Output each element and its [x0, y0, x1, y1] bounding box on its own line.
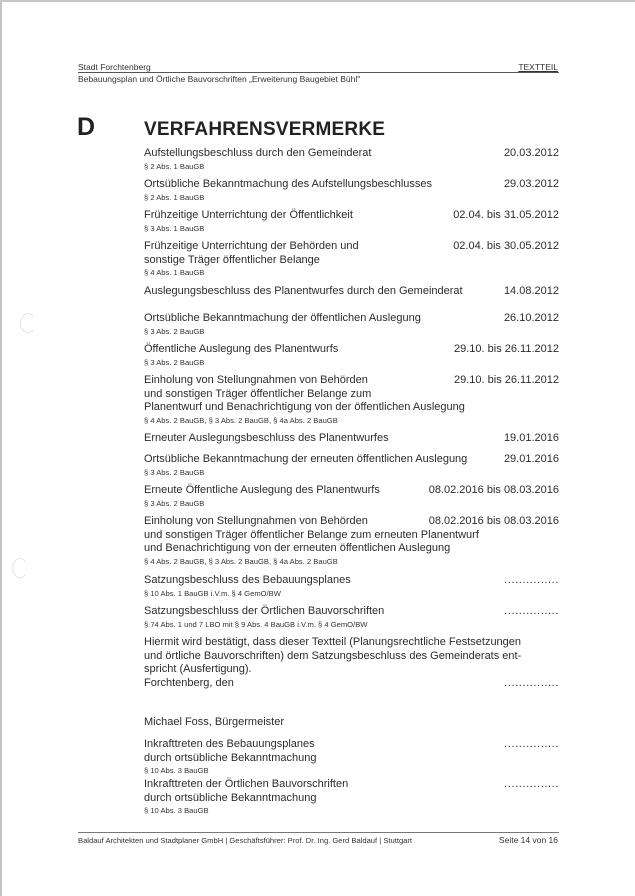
procedure-entry: Einholung von Stellungnahmen von Behörde… — [144, 374, 559, 426]
entry-date: 14.08.2012 — [504, 285, 559, 299]
entry-text: Ortsübliche Bekanntmachung der öffentlic… — [144, 312, 559, 326]
footer-rule — [78, 832, 559, 833]
entry-legal-reference: § 3 Abs. 2 BauGB — [144, 358, 559, 368]
procedure-entry: Ortsübliche Bekanntmachung der erneuten … — [144, 453, 559, 478]
entry-date: 29.10. bis 26.11.2012 — [454, 343, 559, 357]
entry-legal-reference: § 10 Abs. 1 BauGB i.V.m. § 4 GemO/BW — [144, 589, 559, 599]
entry-legal-reference: § 4 Abs. 1 BauGB — [144, 268, 559, 278]
procedure-entry: Satzungsbeschluss des Bebauungsplanes§ 1… — [144, 574, 559, 599]
entry-text: Forchtenberg, den — [144, 677, 559, 691]
entry-legal-reference: § 10 Abs. 3 BauGB — [144, 806, 559, 816]
section-letter: D — [77, 113, 95, 142]
entry-date: 29.01.2016 — [504, 453, 559, 467]
procedure-entry: Erneuter Auslegungsbeschluss des Planent… — [144, 432, 559, 446]
page-left-edge — [0, 0, 2, 896]
entry-text: Hiermit wird bestätigt, dass dieser Text… — [144, 636, 559, 677]
entry-date: 08.02.2016 bis 08.03.2016 — [429, 515, 559, 529]
header-city: Stadt Forchtenberg — [78, 62, 151, 72]
section-title: VERFAHRENSVERMERKE — [144, 119, 385, 141]
entry-date: 02.04. bis 30.05.2012 — [453, 240, 559, 254]
entry-date: 29.10. bis 26.11.2012 — [454, 374, 559, 388]
entry-legal-reference: § 3 Abs. 2 BauGB — [144, 327, 559, 337]
entry-date: 02.04. bis 31.05.2012 — [453, 209, 559, 223]
entry-legal-reference: § 2 Abs. 1 BauGB — [144, 193, 559, 203]
entry-legal-reference: § 10 Abs. 3 BauGB — [144, 766, 559, 776]
entry-legal-reference: § 4 Abs. 2 BauGB, § 3 Abs. 2 BauGB, § 4a… — [144, 557, 559, 567]
procedure-entry: Öffentliche Auslegung des Planentwurfs§ … — [144, 343, 559, 368]
entry-text: Inkrafttreten der Örtlichen Bauvorschrif… — [144, 778, 559, 805]
procedure-entry: Erneute Öffentliche Auslegung des Planen… — [144, 484, 559, 509]
entry-text: Inkrafttreten des Bebauungsplanes durch … — [144, 738, 559, 765]
entry-text: Ortsübliche Bekanntmachung der erneuten … — [144, 453, 559, 467]
entry-text: Satzungsbeschluss der Örtlichen Bauvorsc… — [144, 605, 559, 619]
header-section-label: TEXTTEIL — [518, 62, 558, 72]
page-top-edge — [0, 0, 635, 2]
procedure-entry: Michael Foss, Bürgermeister — [144, 716, 559, 730]
procedure-entry: Hiermit wird bestätigt, dass dieser Text… — [144, 636, 559, 677]
procedure-entry: Auslegungsbeschluss des Planentwurfes du… — [144, 285, 559, 299]
footer-company: Baldauf Architekten und Stadtplaner GmbH… — [78, 836, 412, 845]
entry-legal-reference: § 3 Abs. 1 BauGB — [144, 224, 559, 234]
entry-text: Satzungsbeschluss des Bebauungsplanes — [144, 574, 559, 588]
entry-text: Erneuter Auslegungsbeschluss des Planent… — [144, 432, 559, 446]
entry-date-placeholder: ............... — [504, 738, 559, 752]
entry-date: 29.03.2012 — [504, 178, 559, 192]
procedure-entry: Inkrafttreten des Bebauungsplanes durch … — [144, 738, 559, 776]
entry-legal-reference: § 2 Abs. 1 BauGB — [144, 162, 559, 172]
entry-text: Aufstellungsbeschluss durch den Gemeinde… — [144, 147, 559, 161]
entry-date: 20.03.2012 — [504, 147, 559, 161]
procedure-entry: Einholung von Stellungnahmen von Behörde… — [144, 515, 559, 567]
procedure-entry: Aufstellungsbeschluss durch den Gemeinde… — [144, 147, 559, 172]
header-rule — [78, 72, 559, 73]
entry-legal-reference: § 3 Abs. 2 BauGB — [144, 468, 559, 478]
entry-date-placeholder: ............... — [504, 574, 559, 588]
entry-text: Michael Foss, Bürgermeister — [144, 716, 559, 730]
entry-legal-reference: § 74 Abs. 1 und 7 LBO mit § 9 Abs. 4 Bau… — [144, 620, 559, 630]
footer-page-number: Seite 14 von 16 — [499, 835, 558, 845]
procedure-entry: Ortsübliche Bekanntmachung des Aufstellu… — [144, 178, 559, 203]
punch-hole-mark — [20, 313, 36, 333]
procedure-entry: Ortsübliche Bekanntmachung der öffentlic… — [144, 312, 559, 337]
entry-date: 26.10.2012 — [504, 312, 559, 326]
entry-date: 19.01.2016 — [504, 432, 559, 446]
entry-legal-reference: § 4 Abs. 2 BauGB, § 3 Abs. 2 BauGB, § 4a… — [144, 416, 559, 426]
entry-date-placeholder: ............... — [504, 605, 559, 619]
procedure-entry: Frühzeitige Unterrichtung der Behörden u… — [144, 240, 559, 278]
procedure-entry: Frühzeitige Unterrichtung der Öffentlich… — [144, 209, 559, 234]
entry-date-placeholder: ............... — [504, 778, 559, 792]
entry-date: 08.02.2016 bis 08.03.2016 — [429, 484, 559, 498]
punch-hole-mark — [12, 558, 28, 578]
procedure-entry: Inkrafttreten der Örtlichen Bauvorschrif… — [144, 778, 559, 816]
entry-date-placeholder: ............... — [504, 677, 559, 691]
entry-text: Ortsübliche Bekanntmachung des Aufstellu… — [144, 178, 559, 192]
header-subtitle: Bebauungsplan und Örtliche Bauvorschrift… — [78, 74, 360, 84]
entry-legal-reference: § 3 Abs. 2 BauGB — [144, 499, 559, 509]
entry-text: Auslegungsbeschluss des Planentwurfes du… — [144, 285, 559, 299]
procedure-entry: Satzungsbeschluss der Örtlichen Bauvorsc… — [144, 605, 559, 630]
procedure-entry: Forchtenberg, den............... — [144, 677, 559, 691]
